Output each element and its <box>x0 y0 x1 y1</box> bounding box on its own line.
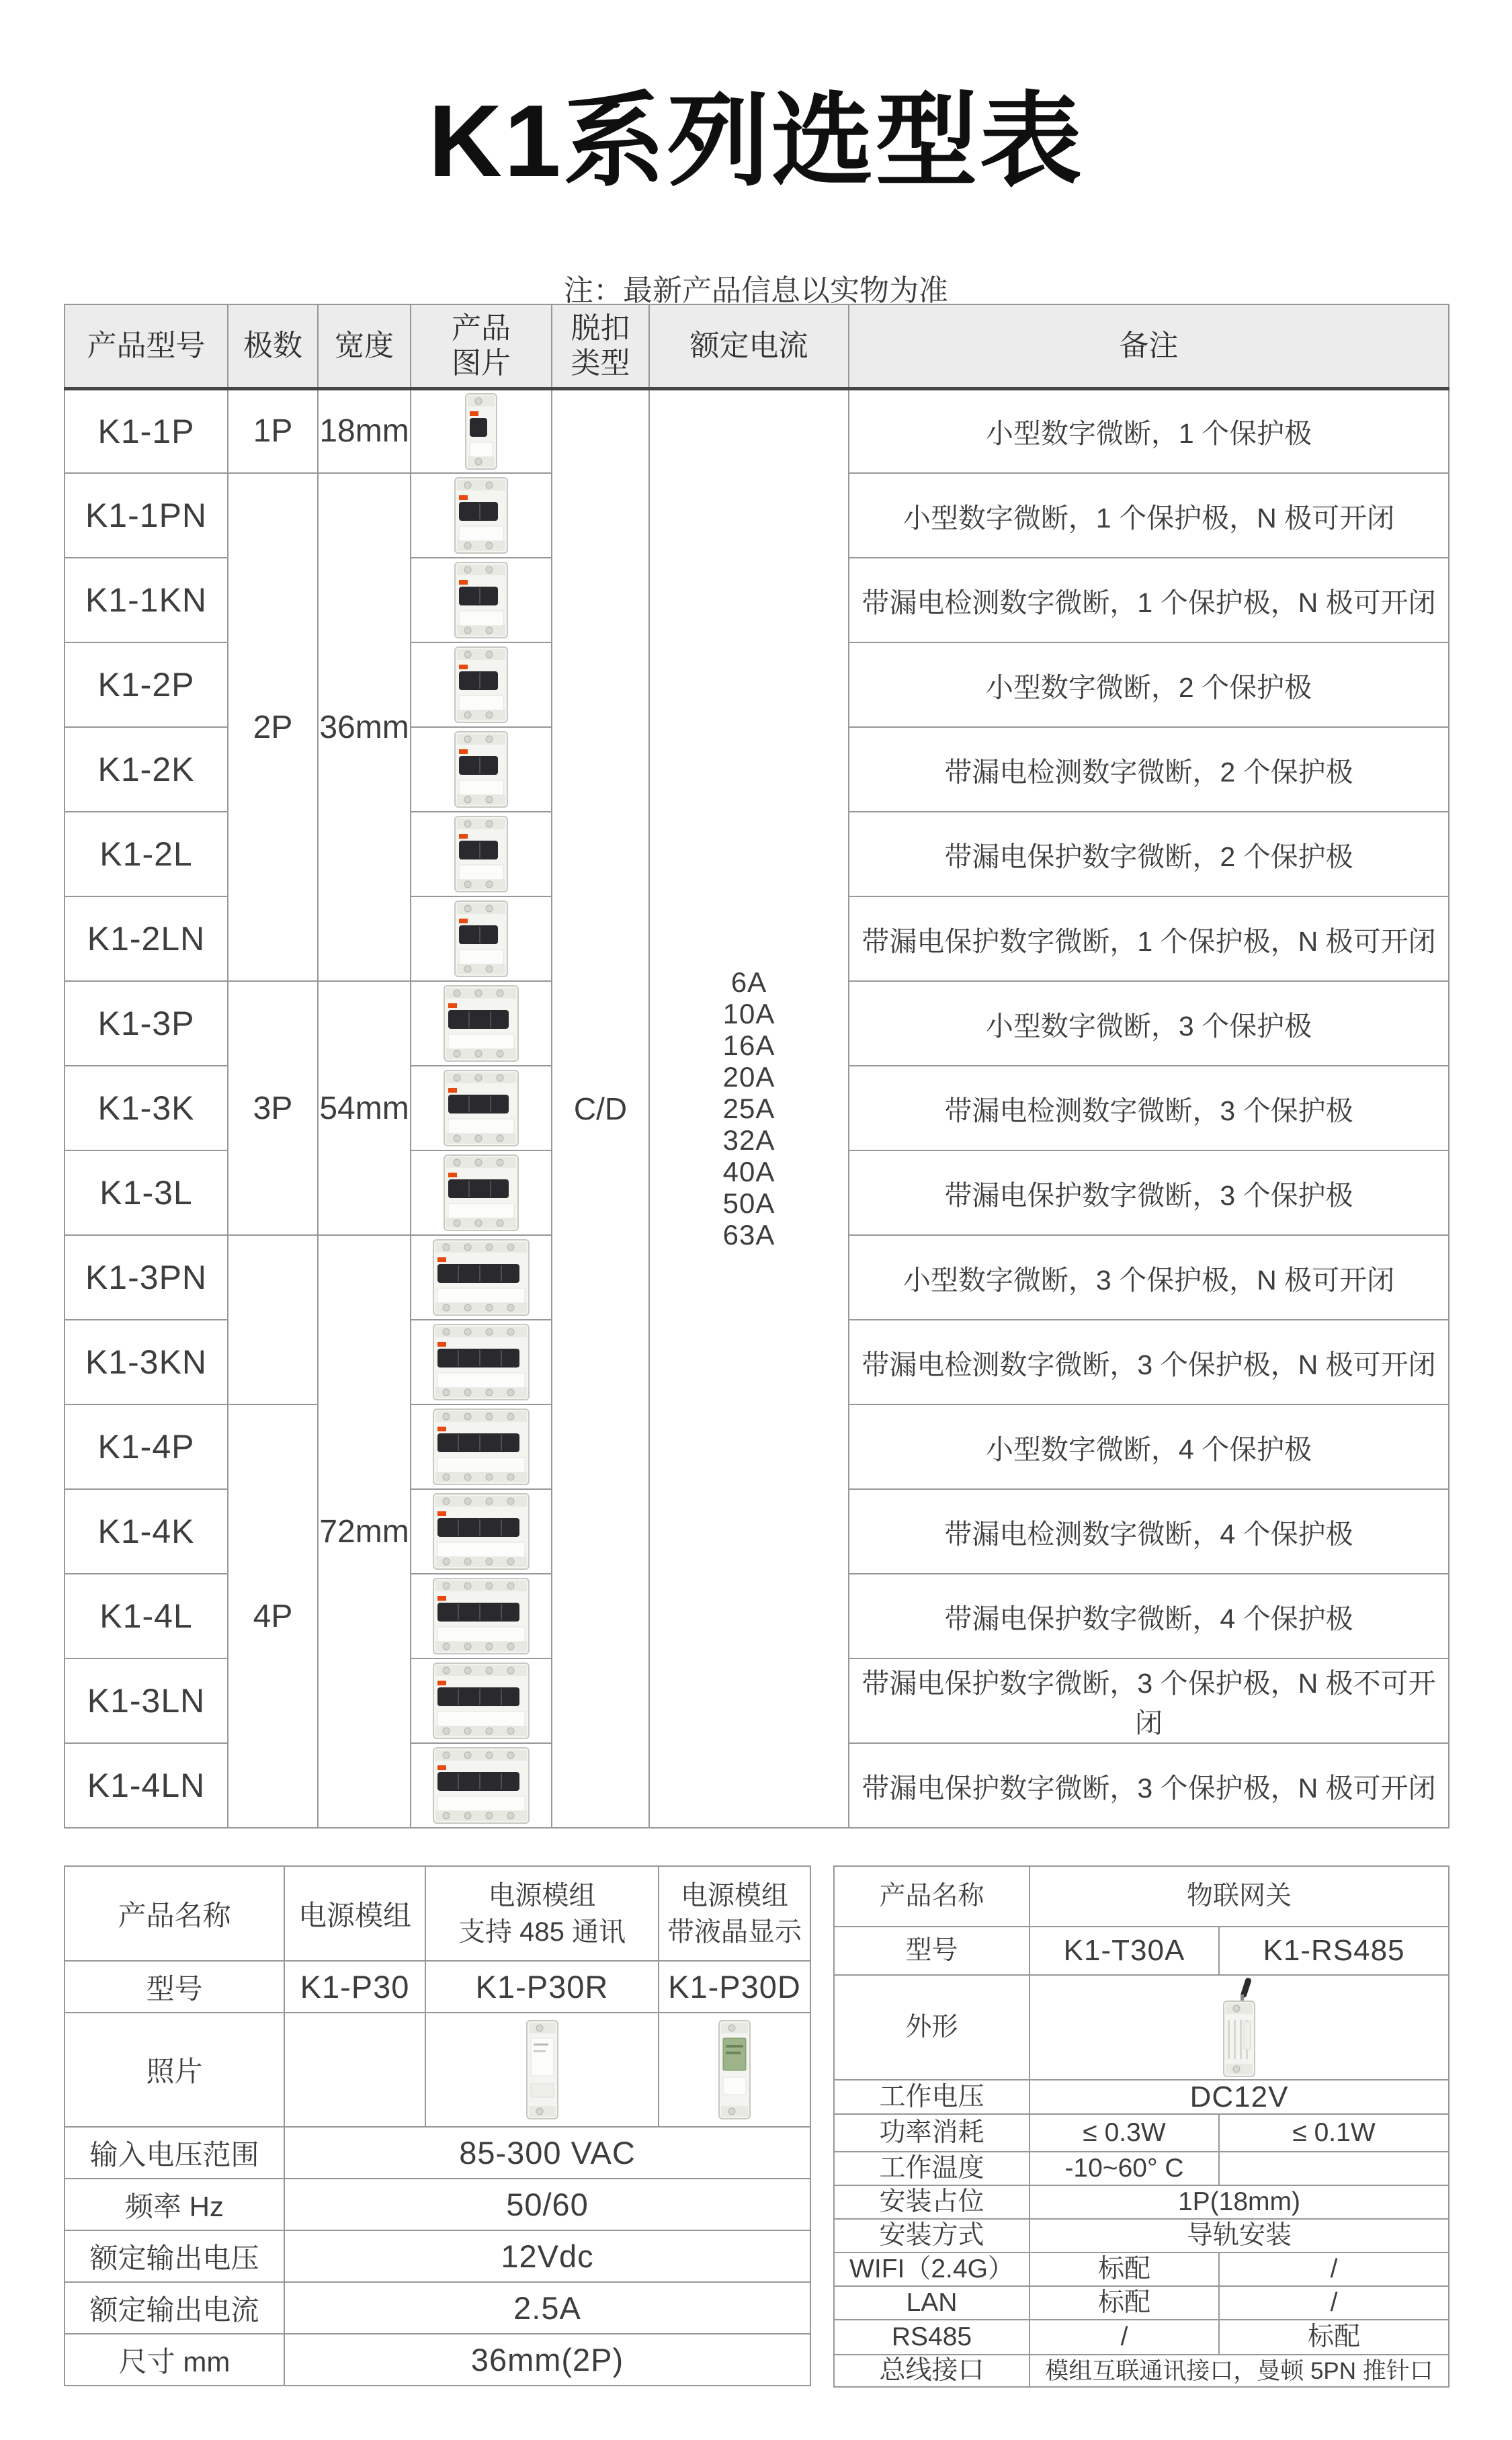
photo-cell <box>411 642 552 727</box>
table-row: 总线接口 模组互联通讯接口，曼顿 5PN 推针口 <box>834 2355 1449 2387</box>
remark-cell: 带漏电保护数字微断，3 个保护极，N 极可开闭 <box>849 1743 1449 1828</box>
table-row: 输入电压范围 85-300 VAC <box>65 2127 810 2179</box>
photo-cell <box>411 981 552 1066</box>
spec-value: ≤ 0.3W <box>1030 2114 1219 2152</box>
row-label: 额定输出电流 <box>65 2282 284 2334</box>
remark-cell: 带漏电保护数字微断，2 个保护极 <box>849 812 1449 896</box>
photo-cell <box>411 1574 552 1658</box>
header-row: 产品型号 极数 宽度 产品 图片 脱扣 类型 额定电流 备注 <box>65 304 1449 388</box>
breaker-image <box>432 1492 530 1570</box>
row-label: 安装占位 <box>834 2185 1030 2219</box>
iot-gateway-table: 产品名称 物联网关 型号 K1-T30A K1-RS485 外形 工作电压 DC… <box>833 1865 1450 2388</box>
breaker-image <box>432 1747 530 1824</box>
power-module-table: 产品名称 电源模组 电源模组 支持 485 通讯 电源模组 带液晶显示 型号 K… <box>64 1865 811 2386</box>
photo-cell <box>411 1320 552 1404</box>
row-label: 型号 <box>834 1927 1030 1975</box>
breaker-image <box>432 1408 530 1486</box>
product-name: 物联网关 <box>1030 1866 1449 1927</box>
model-number: K1-T30A <box>1030 1927 1219 1975</box>
selection-table: 产品型号 极数 宽度 产品 图片 脱扣 类型 额定电流 备注 K1-1P 1P … <box>64 304 1450 1828</box>
model-cell: K1-1KN <box>65 558 228 642</box>
width-cell: 36mm <box>318 473 411 981</box>
breaker-image <box>454 561 509 639</box>
row-label: 工作温度 <box>834 2152 1030 2185</box>
col-header-width: 宽度 <box>318 304 411 388</box>
photo-cell <box>411 473 552 558</box>
row-label: 输入电压范围 <box>65 2127 284 2179</box>
spec-value: ≤ 0.1W <box>1219 2114 1449 2152</box>
table-row: RS485 / 标配 <box>834 2320 1449 2355</box>
table-row: 频率 Hz 50/60 <box>65 2179 810 2230</box>
page-note: 注：最新产品信息以实物为准 <box>0 266 1512 309</box>
spec-value: / <box>1030 2320 1219 2355</box>
breaker-image <box>454 646 509 724</box>
remark-cell: 带漏电检测数字微断，3 个保护极 <box>849 1066 1449 1150</box>
spec-value: 85-300 VAC <box>284 2127 810 2179</box>
photo-cell <box>411 1489 552 1574</box>
pole-cell-empty <box>228 1235 318 1404</box>
model-number: K1-RS485 <box>1219 1927 1449 1975</box>
model-cell: K1-3KN <box>65 1320 228 1404</box>
model-cell: K1-3K <box>65 1066 228 1150</box>
spec-value: DC12V <box>1030 2080 1449 2114</box>
model-cell: K1-2LN <box>65 896 228 981</box>
breaker-image <box>454 730 509 808</box>
photo-cell <box>411 727 552 812</box>
power-module-image <box>526 2019 559 2120</box>
table-row: 额定输出电流 2.5A <box>65 2282 810 2334</box>
breaker-image <box>464 392 498 470</box>
table-row: 尺寸 mm 36mm(2P) <box>65 2334 810 2386</box>
photo-cell <box>411 1404 552 1489</box>
col-header-image: 产品 图片 <box>411 304 552 388</box>
spec-value: 12Vdc <box>284 2230 810 2282</box>
photo-cell <box>411 1743 552 1828</box>
photo-cell <box>411 1150 552 1235</box>
table-row: 工作温度 -10~60° C <box>834 2152 1449 2185</box>
model-number: K1-P30D <box>659 1961 810 2013</box>
photo-cell <box>1030 1975 1449 2080</box>
table-row: 安装占位 1P(18mm) <box>834 2185 1449 2219</box>
row-label: 额定输出电压 <box>65 2230 284 2282</box>
model-cell: K1-1PN <box>65 473 228 558</box>
photo-cell <box>659 2013 810 2127</box>
model-cell: K1-4L <box>65 1574 228 1658</box>
col-header-poles: 极数 <box>228 304 318 388</box>
spec-value: 模组互联通讯接口，曼顿 5PN 推针口 <box>1030 2355 1449 2387</box>
spec-value: / <box>1219 2253 1449 2286</box>
model-number: K1-P30 <box>284 1961 425 2013</box>
photo-cell <box>411 1235 552 1320</box>
breaker-image <box>432 1238 530 1316</box>
product-name: 电源模组 支持 485 通讯 <box>425 1866 659 1961</box>
model-cell: K1-3PN <box>65 1235 228 1320</box>
row-label: 照片 <box>65 2013 284 2127</box>
photo-cell <box>411 896 552 981</box>
product-name: 电源模组 <box>284 1866 425 1961</box>
remark-cell: 小型数字微断，1 个保护极 <box>849 388 1449 473</box>
spec-value: 50/60 <box>284 2179 810 2230</box>
model-number: K1-P30R <box>425 1961 659 2013</box>
col-header-trip-type: 脱扣 类型 <box>552 304 649 388</box>
row-label: 产品名称 <box>65 1866 284 1961</box>
table-row: 功率消耗 ≤ 0.3W ≤ 0.1W <box>834 2114 1449 2152</box>
breaker-image <box>432 1577 530 1655</box>
table-row: LAN 标配 / <box>834 2286 1449 2320</box>
model-cell: K1-3P <box>65 981 228 1066</box>
model-cell: K1-4LN <box>65 1743 228 1828</box>
remark-cell: 带漏电保护数字微断，3 个保护极 <box>849 1150 1449 1235</box>
row-label: 型号 <box>65 1961 284 2013</box>
row-label: 工作电压 <box>834 2080 1030 2114</box>
row-label: WIFI（2.4G） <box>834 2253 1030 2286</box>
row-label: 功率消耗 <box>834 2114 1030 2152</box>
photo-cell-empty <box>284 2013 425 2127</box>
remark-cell: 小型数字微断，3 个保护极，N 极可开闭 <box>849 1235 1449 1320</box>
pole-cell: 1P <box>228 388 318 473</box>
spec-value: 标配 <box>1030 2253 1219 2286</box>
breaker-image <box>443 984 519 1062</box>
remark-cell: 带漏电检测数字微断，1 个保护极，N 极可开闭 <box>849 558 1449 642</box>
photo-cell <box>411 388 552 473</box>
model-cell: K1-4P <box>65 1404 228 1489</box>
table-row: 外形 <box>834 1975 1449 2080</box>
breaker-image <box>454 815 509 893</box>
spec-value: 1P(18mm) <box>1030 2185 1449 2219</box>
table-row: 产品名称 物联网关 <box>834 1866 1449 1927</box>
width-cell: 18mm <box>318 388 411 473</box>
pole-cell: 4P <box>228 1404 318 1828</box>
table-row: 照片 <box>65 2013 810 2127</box>
breaker-image <box>432 1323 530 1401</box>
row-label: 安装方式 <box>834 2219 1030 2253</box>
table-row: 安装方式 导轨安装 <box>834 2219 1449 2253</box>
table-row: 额定输出电压 12Vdc <box>65 2230 810 2282</box>
table-row: 型号 K1-P30 K1-P30R K1-P30D <box>65 1961 810 2013</box>
model-cell: K1-3L <box>65 1150 228 1235</box>
remark-cell: 带漏电检测数字微断，2 个保护极 <box>849 727 1449 812</box>
col-header-remark: 备注 <box>849 304 1449 388</box>
photo-cell <box>411 1066 552 1150</box>
breaker-image <box>454 900 509 978</box>
spec-value: 标配 <box>1219 2320 1449 2355</box>
row-label: 产品名称 <box>834 1866 1030 1927</box>
spec-value-empty <box>1219 2152 1449 2185</box>
remark-cell: 带漏电保护数字微断，1 个保护极，N 极可开闭 <box>849 896 1449 981</box>
breaker-image <box>454 476 509 554</box>
breaker-image <box>443 1069 519 1147</box>
spec-value: 36mm(2P) <box>284 2334 810 2386</box>
breaker-image <box>443 1154 519 1232</box>
remark-cell: 小型数字微断，1 个保护极，N 极可开闭 <box>849 473 1449 558</box>
table-row: 工作电压 DC12V <box>834 2080 1449 2114</box>
model-cell: K1-4K <box>65 1489 228 1574</box>
photo-cell <box>425 2013 659 2127</box>
iot-gateway-image <box>1222 1977 1256 2078</box>
pole-cell: 2P <box>228 473 318 981</box>
power-module-lcd-image <box>718 2019 751 2120</box>
table-row: WIFI（2.4G） 标配 / <box>834 2253 1449 2286</box>
remark-cell: 小型数字微断，3 个保护极 <box>849 981 1449 1066</box>
spec-value: 2.5A <box>284 2282 810 2334</box>
remark-cell: 带漏电检测数字微断，3 个保护极，N 极可开闭 <box>849 1320 1449 1404</box>
photo-cell <box>411 812 552 896</box>
model-cell: K1-1P <box>65 388 228 473</box>
datasheet-page: K1系列选型表 注：最新产品信息以实物为准 产品型号 极数 宽度 产品 图片 脱… <box>0 0 1512 2440</box>
width-cell: 72mm <box>318 1235 411 1828</box>
breaker-image <box>432 1662 530 1740</box>
table-row: 型号 K1-T30A K1-RS485 <box>834 1927 1449 1975</box>
spec-value: 标配 <box>1030 2286 1219 2320</box>
remark-cell: 带漏电保护数字微断，3 个保护极，N 极不可开闭 <box>849 1658 1449 1743</box>
row-label: 尺寸 mm <box>65 2334 284 2386</box>
remark-cell: 小型数字微断，2 个保护极 <box>849 642 1449 727</box>
trip-type-cell: C/D <box>552 388 649 1828</box>
row-label: RS485 <box>834 2320 1030 2355</box>
spec-value: 导轨安装 <box>1030 2219 1449 2253</box>
table-row: 产品名称 电源模组 电源模组 支持 485 通讯 电源模组 带液晶显示 <box>65 1866 810 1961</box>
model-cell: K1-2P <box>65 642 228 727</box>
model-cell: K1-2K <box>65 727 228 812</box>
row-label: 总线接口 <box>834 2355 1030 2387</box>
remark-cell: 带漏电检测数字微断，4 个保护极 <box>849 1489 1449 1574</box>
remark-cell: 带漏电保护数字微断，4 个保护极 <box>849 1574 1449 1658</box>
row-label: 外形 <box>834 1975 1030 2080</box>
spec-value: / <box>1219 2286 1449 2320</box>
row-label: 频率 Hz <box>65 2179 284 2230</box>
page-title: K1系列选型表 <box>0 59 1512 206</box>
table-row: K1-1P 1P 18mm C/D 6A 10A 16A 20A 25A 32A… <box>65 388 1449 473</box>
row-label: LAN <box>834 2286 1030 2320</box>
remark-cell: 小型数字微断，4 个保护极 <box>849 1404 1449 1489</box>
photo-cell <box>411 1658 552 1743</box>
pole-cell: 3P <box>228 981 318 1235</box>
photo-cell <box>411 558 552 642</box>
width-cell: 54mm <box>318 981 411 1235</box>
col-header-rated-current: 额定电流 <box>649 304 849 388</box>
spec-value: -10~60° C <box>1030 2152 1219 2185</box>
model-cell: K1-2L <box>65 812 228 896</box>
rated-current-cell: 6A 10A 16A 20A 25A 32A 40A 50A 63A <box>649 388 849 1828</box>
col-header-model: 产品型号 <box>65 304 228 388</box>
model-cell: K1-3LN <box>65 1658 228 1743</box>
product-name: 电源模组 带液晶显示 <box>659 1866 810 1961</box>
